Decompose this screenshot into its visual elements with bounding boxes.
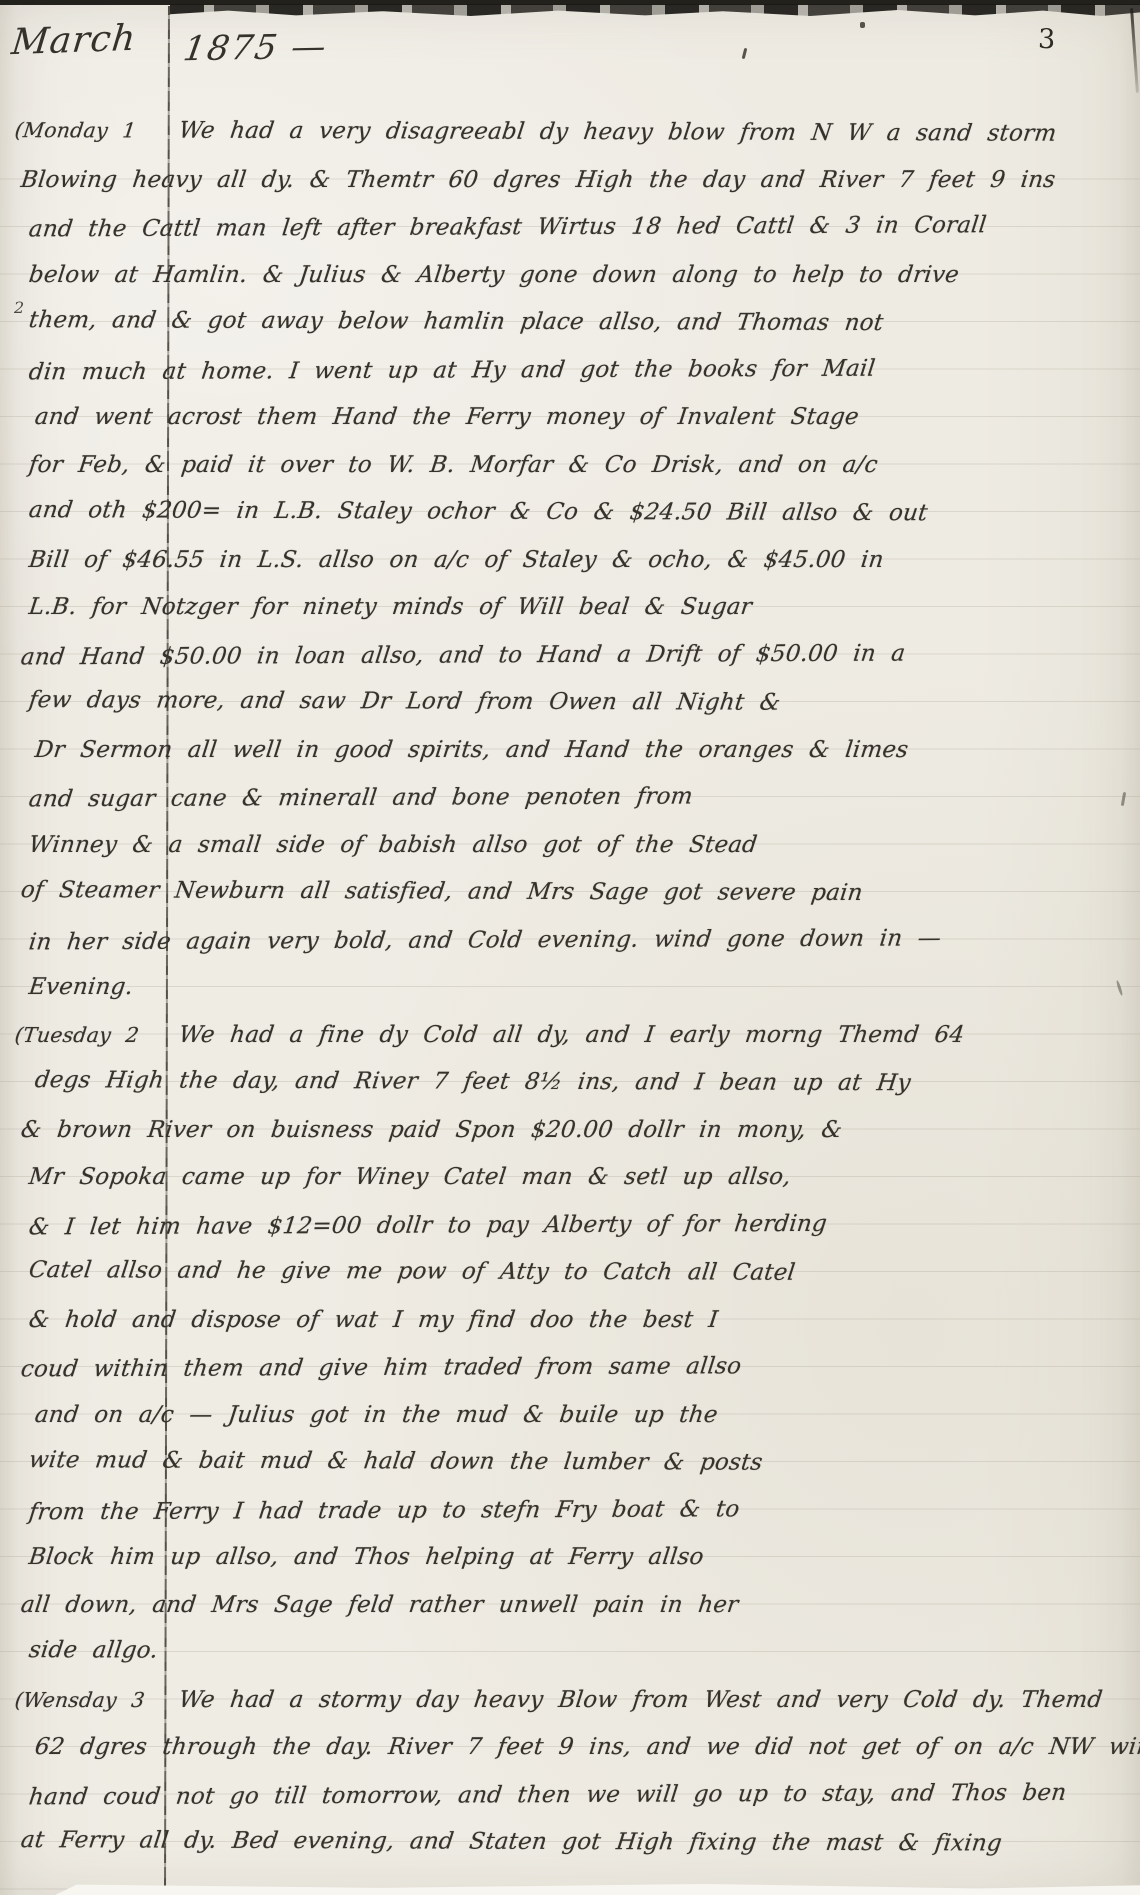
handwriting-text: and oth $200= in L.B. Staley ochor & Co … <box>26 487 931 538</box>
handwriting-text: from the Ferry I had trade up to stefn F… <box>26 1486 742 1537</box>
handwriting-text: and on a/c — Julius got in the mud & bui… <box>32 1392 721 1440</box>
handwriting-text: all down, and Mrs Sage feld rather unwel… <box>18 1582 741 1630</box>
handwriting-line: Bill of $46.55 in L.S. allso on a/c of S… <box>0 537 1140 585</box>
handwriting-line: of Steamer Newburn all satisfied, and Mr… <box>0 867 1140 918</box>
header-month: March <box>10 18 139 63</box>
handwriting-text: Evening. <box>26 964 136 1012</box>
handwriting-line: Dr Sermon all well in good spirits, and … <box>0 727 1140 775</box>
handwriting-line: and on a/c — Julius got in the mud & bui… <box>0 1392 1140 1440</box>
entry-day-label: (Wensday 3 <box>12 1677 182 1725</box>
handwriting-line: below at Hamlin. & Julius & Alberty gone… <box>0 252 1140 300</box>
handwriting-text: Block him up allso, and Thos helping at … <box>26 1534 706 1582</box>
handwriting-text: of Steamer Newburn all satisfied, and Mr… <box>18 867 866 917</box>
handwriting-text: & brown River on buisness paid Spon $20.… <box>18 1107 845 1155</box>
handwriting-line: in her side again very bold, and Cold ev… <box>0 914 1140 966</box>
handwriting-line: and the Cattl man left after breakfast W… <box>0 202 1140 254</box>
handwriting-line: and went acrost them Hand the Ferry mone… <box>0 394 1140 442</box>
handwriting-line: degs High the day, and River 7 feet 8½ i… <box>0 1057 1140 1108</box>
handwriting-line: & brown River on buisness paid Spon $20.… <box>0 1107 1140 1155</box>
handwriting-text: hand coud not go till tomorrow, and then… <box>26 1769 1069 1821</box>
handwriting-text: wite mud & bait mud & hald down the lumb… <box>26 1437 766 1487</box>
handwriting-text: din much at home. I went up at Hy and go… <box>26 345 878 396</box>
handwriting-line: L.B. for Notzger for ninety minds of Wil… <box>0 584 1140 632</box>
handwriting-text: degs High the day, and River 7 feet 8½ i… <box>32 1057 914 1108</box>
page-number: 3 <box>1037 24 1055 56</box>
handwriting-line: all down, and Mrs Sage feld rather unwel… <box>0 1582 1140 1630</box>
handwriting-text: Bill of $46.55 in L.S. allso on a/c of S… <box>26 537 886 585</box>
handwriting-text: We had a fine dy Cold all dy, and I earl… <box>176 1012 967 1060</box>
handwriting-text: in her side again very bold, and Cold ev… <box>26 915 944 967</box>
handwriting-line: & hold and dispose of wat I my find doo … <box>0 1297 1140 1345</box>
handwriting-line: Evening. <box>0 964 1140 1012</box>
handwriting-line: them, and & got away below hamlin place … <box>0 297 1140 348</box>
handwriting-line: din much at home. I went up at Hy and go… <box>0 344 1140 396</box>
ink-speck <box>860 22 865 28</box>
handwriting-text: below at Hamlin. & Julius & Alberty gone… <box>26 252 962 300</box>
scanned-page: March 1875 — 3 2 (Monday 1We had a very … <box>0 0 1140 1895</box>
manuscript-body: (Monday 1We had a very disagreeabl dy he… <box>0 109 1140 1867</box>
handwriting-text: We had a very disagreeabl dy heavy blow … <box>176 108 1059 159</box>
handwriting-line: wite mud & bait mud & hald down the lumb… <box>0 1437 1140 1488</box>
handwriting-text: them, and & got away below hamlin place … <box>26 297 886 347</box>
handwriting-line: and sugar cane & minerall and bone penot… <box>0 772 1140 824</box>
handwriting-line: for Feb, & paid it over to W. B. Morfar … <box>0 442 1140 490</box>
handwriting-line: Block him up allso, and Thos helping at … <box>0 1534 1140 1582</box>
handwriting-line: 62 dgres through the day. River 7 feet 9… <box>0 1724 1140 1772</box>
handwriting-text: We had a stormy day heavy Blow from West… <box>176 1677 1105 1725</box>
handwriting-line: (Monday 1We had a very disagreeabl dy he… <box>0 107 1140 158</box>
handwriting-text: few days more, and saw Dr Lord from Owen… <box>26 677 783 727</box>
handwriting-line: at Ferry all dy. Bed evening, and Staten… <box>0 1817 1140 1868</box>
handwriting-line: side allgo. <box>0 1627 1140 1678</box>
handwriting-text: coud within them and give him traded fro… <box>18 1343 744 1394</box>
handwriting-text: Blowing heavy all dy. & Themtr 60 dgres … <box>18 157 1058 205</box>
handwriting-line: (Tuesday 2We had a fine dy Cold all dy, … <box>0 1012 1140 1060</box>
handwriting-text: and the Cattl man left after breakfast W… <box>26 202 989 254</box>
handwriting-line: Winney & a small side of babish allso go… <box>0 822 1140 870</box>
entry-day-label: (Tuesday 2 <box>12 1012 182 1060</box>
handwriting-line: and oth $200= in L.B. Staley ochor & Co … <box>0 487 1140 538</box>
handwriting-text: for Feb, & paid it over to W. B. Morfar … <box>26 442 881 490</box>
ink-speck <box>742 48 748 59</box>
handwriting-text: at Ferry all dy. Bed evening, and Staten… <box>18 1817 1005 1868</box>
page-corner-edge <box>1130 8 1139 93</box>
header-year: 1875 — <box>181 27 331 69</box>
handwriting-line: coud within them and give him traded fro… <box>0 1342 1140 1394</box>
handwriting-text: Catel allso and he give me pow of Atty t… <box>26 1247 798 1297</box>
handwriting-line: Catel allso and he give me pow of Atty t… <box>0 1247 1140 1298</box>
handwriting-text: L.B. for Notzger for ninety minds of Wil… <box>26 584 755 632</box>
handwriting-line: (Wensday 3andWe had a stormy day heavy B… <box>0 1677 1140 1725</box>
handwriting-text: 62 dgres through the day. River 7 feet 9… <box>32 1724 1140 1772</box>
handwriting-text: Mr Sopoka came up for Winey Catel man & … <box>26 1154 794 1202</box>
handwriting-line: hand coud not go till tomorrow, and then… <box>0 1769 1140 1821</box>
handwriting-line: & I let him have $12=00 dollr to pay Alb… <box>0 1199 1140 1251</box>
handwriting-line: and Hand $50.00 in loan allso, and to Ha… <box>0 629 1140 681</box>
handwriting-text: and Hand $50.00 in loan allso, and to Ha… <box>18 630 908 681</box>
handwriting-line: Blowing heavy all dy. & Themtr 60 dgres … <box>0 157 1140 205</box>
scan-bottom-edge <box>55 1882 1140 1895</box>
handwriting-text: and went acrost them Hand the Ferry mone… <box>32 394 862 442</box>
scan-tear-artifact <box>170 4 1140 16</box>
handwriting-line: Mr Sopoka came up for Winey Catel man & … <box>0 1154 1140 1202</box>
handwriting-text: Dr Sermon all well in good spirits, and … <box>32 727 911 775</box>
handwriting-text: Winney & a small side of babish allso go… <box>26 822 760 870</box>
handwriting-text: side allgo. <box>26 1627 161 1675</box>
handwriting-text: & hold and dispose of wat I my find doo … <box>26 1297 721 1345</box>
handwriting-text: & I let him have $12=00 dollr to pay Alb… <box>26 1200 830 1251</box>
handwriting-line: from the Ferry I had trade up to stefn F… <box>0 1484 1140 1536</box>
handwriting-text: and sugar cane & minerall and bone penot… <box>26 773 695 823</box>
handwriting-line: few days more, and saw Dr Lord from Owen… <box>0 677 1140 728</box>
entry-day-label: (Monday 1 <box>12 107 182 155</box>
